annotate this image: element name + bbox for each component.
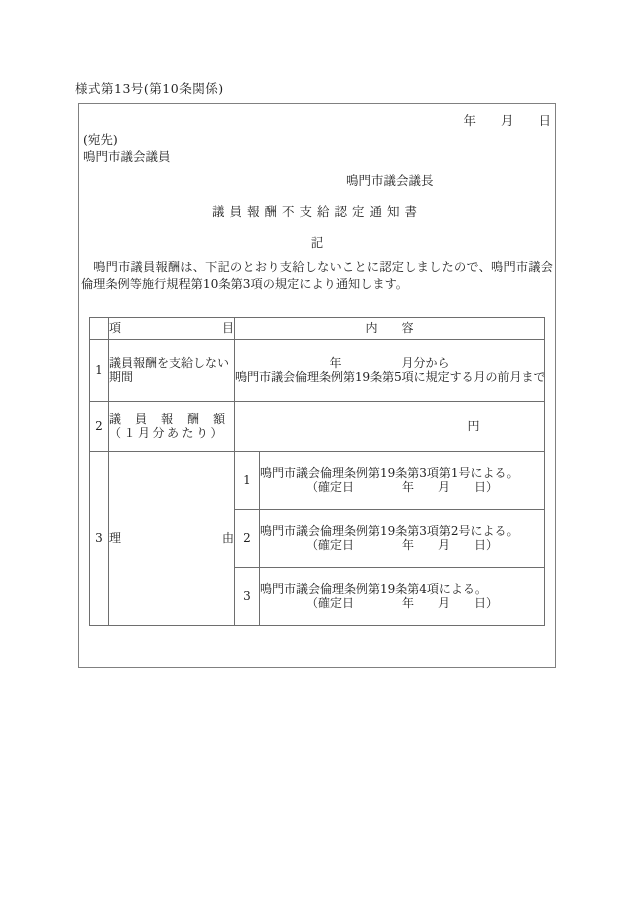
row2-item-cell: 議 員 報 酬 額 （１月分あたり） — [109, 402, 235, 452]
table-header-row: 項 目 内 容 — [90, 318, 545, 340]
row3-sub3-no: 3 — [235, 568, 260, 626]
row1-content-line2: 鳴門市議会倫理条例第19条第5項に規定する月の前月まで — [235, 370, 544, 384]
row2-no: 2 — [90, 402, 109, 452]
row3-no: 3 — [90, 452, 109, 626]
table-row-1: 1 議員報酬を支給しない 期間 年 月分から 鳴門市議会倫理条例第19条第5項に… — [90, 340, 545, 402]
row3-sub1-line1: 鳴門市議会倫理条例第19条第3項第1号による。 — [260, 467, 544, 481]
addressee-label: (宛先) — [83, 133, 118, 147]
row2-yen-label: 円 — [468, 419, 480, 433]
row3-item-cell: 理 由 — [109, 452, 235, 626]
body-paragraph: 鳴門市議員報酬は、下記のとおり支給しないことに認定しましたので、鳴門市議会倫理条… — [81, 259, 553, 293]
notice-table: 項 目 内 容 1 議員報酬を支給しない 期間 年 月分から 鳴門市議会倫理条例… — [89, 317, 545, 626]
row3-sub1-no: 1 — [235, 452, 260, 510]
row1-item-line2: 期間 — [109, 371, 234, 385]
row1-item-cell: 議員報酬を支給しない 期間 — [109, 340, 235, 402]
row3-sub2-line2: （確定日 年 月 日） — [260, 539, 544, 553]
row3-sub3-line1: 鳴門市議会倫理条例第19条第4項による。 — [260, 583, 544, 597]
row1-content-line1: 年 月分から — [235, 357, 544, 371]
table-row-2: 2 議 員 報 酬 額 （１月分あたり） 円 — [90, 402, 545, 452]
row2-item-line1: 議 員 報 酬 額 — [109, 413, 234, 427]
row3-item-left: 理 — [109, 532, 121, 546]
header-item-left: 項 — [109, 322, 121, 336]
row3-sub1-content: 鳴門市議会倫理条例第19条第3項第1号による。 （確定日 年 月 日） — [260, 452, 545, 510]
row3-sub2-no: 2 — [235, 510, 260, 568]
row3-sub2-line1: 鳴門市議会倫理条例第19条第3項第2号による。 — [260, 525, 544, 539]
row3-item-right: 由 — [222, 532, 234, 546]
ki-label: 記 — [79, 236, 555, 250]
document-page: 様式第13号(第10条関係) 年 月 日 (宛先) 鳴門市議会議員 鳴門市議会議… — [0, 0, 630, 915]
form-style-label: 様式第13号(第10条関係) — [75, 82, 224, 96]
header-no-cell — [90, 318, 109, 340]
addressee-name: 鳴門市議会議員 — [83, 150, 171, 164]
row3-sub2-content: 鳴門市議会倫理条例第19条第3項第2号による。 （確定日 年 月 日） — [260, 510, 545, 568]
row2-content-cell: 円 — [235, 402, 545, 452]
row1-content-cell: 年 月分から 鳴門市議会倫理条例第19条第5項に規定する月の前月まで — [235, 340, 545, 402]
row1-no: 1 — [90, 340, 109, 402]
header-content-cell: 内 容 — [235, 318, 545, 340]
table-row-3-sub-1: 3 理 由 1 鳴門市議会倫理条例第19条第3項第1号による。 （確定日 年 月… — [90, 452, 545, 510]
row3-sub1-line2: （確定日 年 月 日） — [260, 481, 544, 495]
document-title: 議員報酬不支給認定通知書 — [79, 205, 555, 219]
header-item-right: 目 — [222, 322, 234, 336]
row3-sub3-content: 鳴門市議会倫理条例第19条第4項による。 （確定日 年 月 日） — [260, 568, 545, 626]
header-item-cell: 項 目 — [109, 318, 235, 340]
row2-item-line2: （１月分あたり） — [109, 427, 234, 441]
document-border-box: 年 月 日 (宛先) 鳴門市議会議員 鳴門市議会議長 議員報酬不支給認定通知書 … — [78, 103, 556, 668]
row1-item-line1: 議員報酬を支給しない — [109, 357, 234, 371]
date-line: 年 月 日 — [79, 114, 551, 128]
sender-name: 鳴門市議会議長 — [346, 174, 434, 188]
row3-sub3-line2: （確定日 年 月 日） — [260, 597, 544, 611]
